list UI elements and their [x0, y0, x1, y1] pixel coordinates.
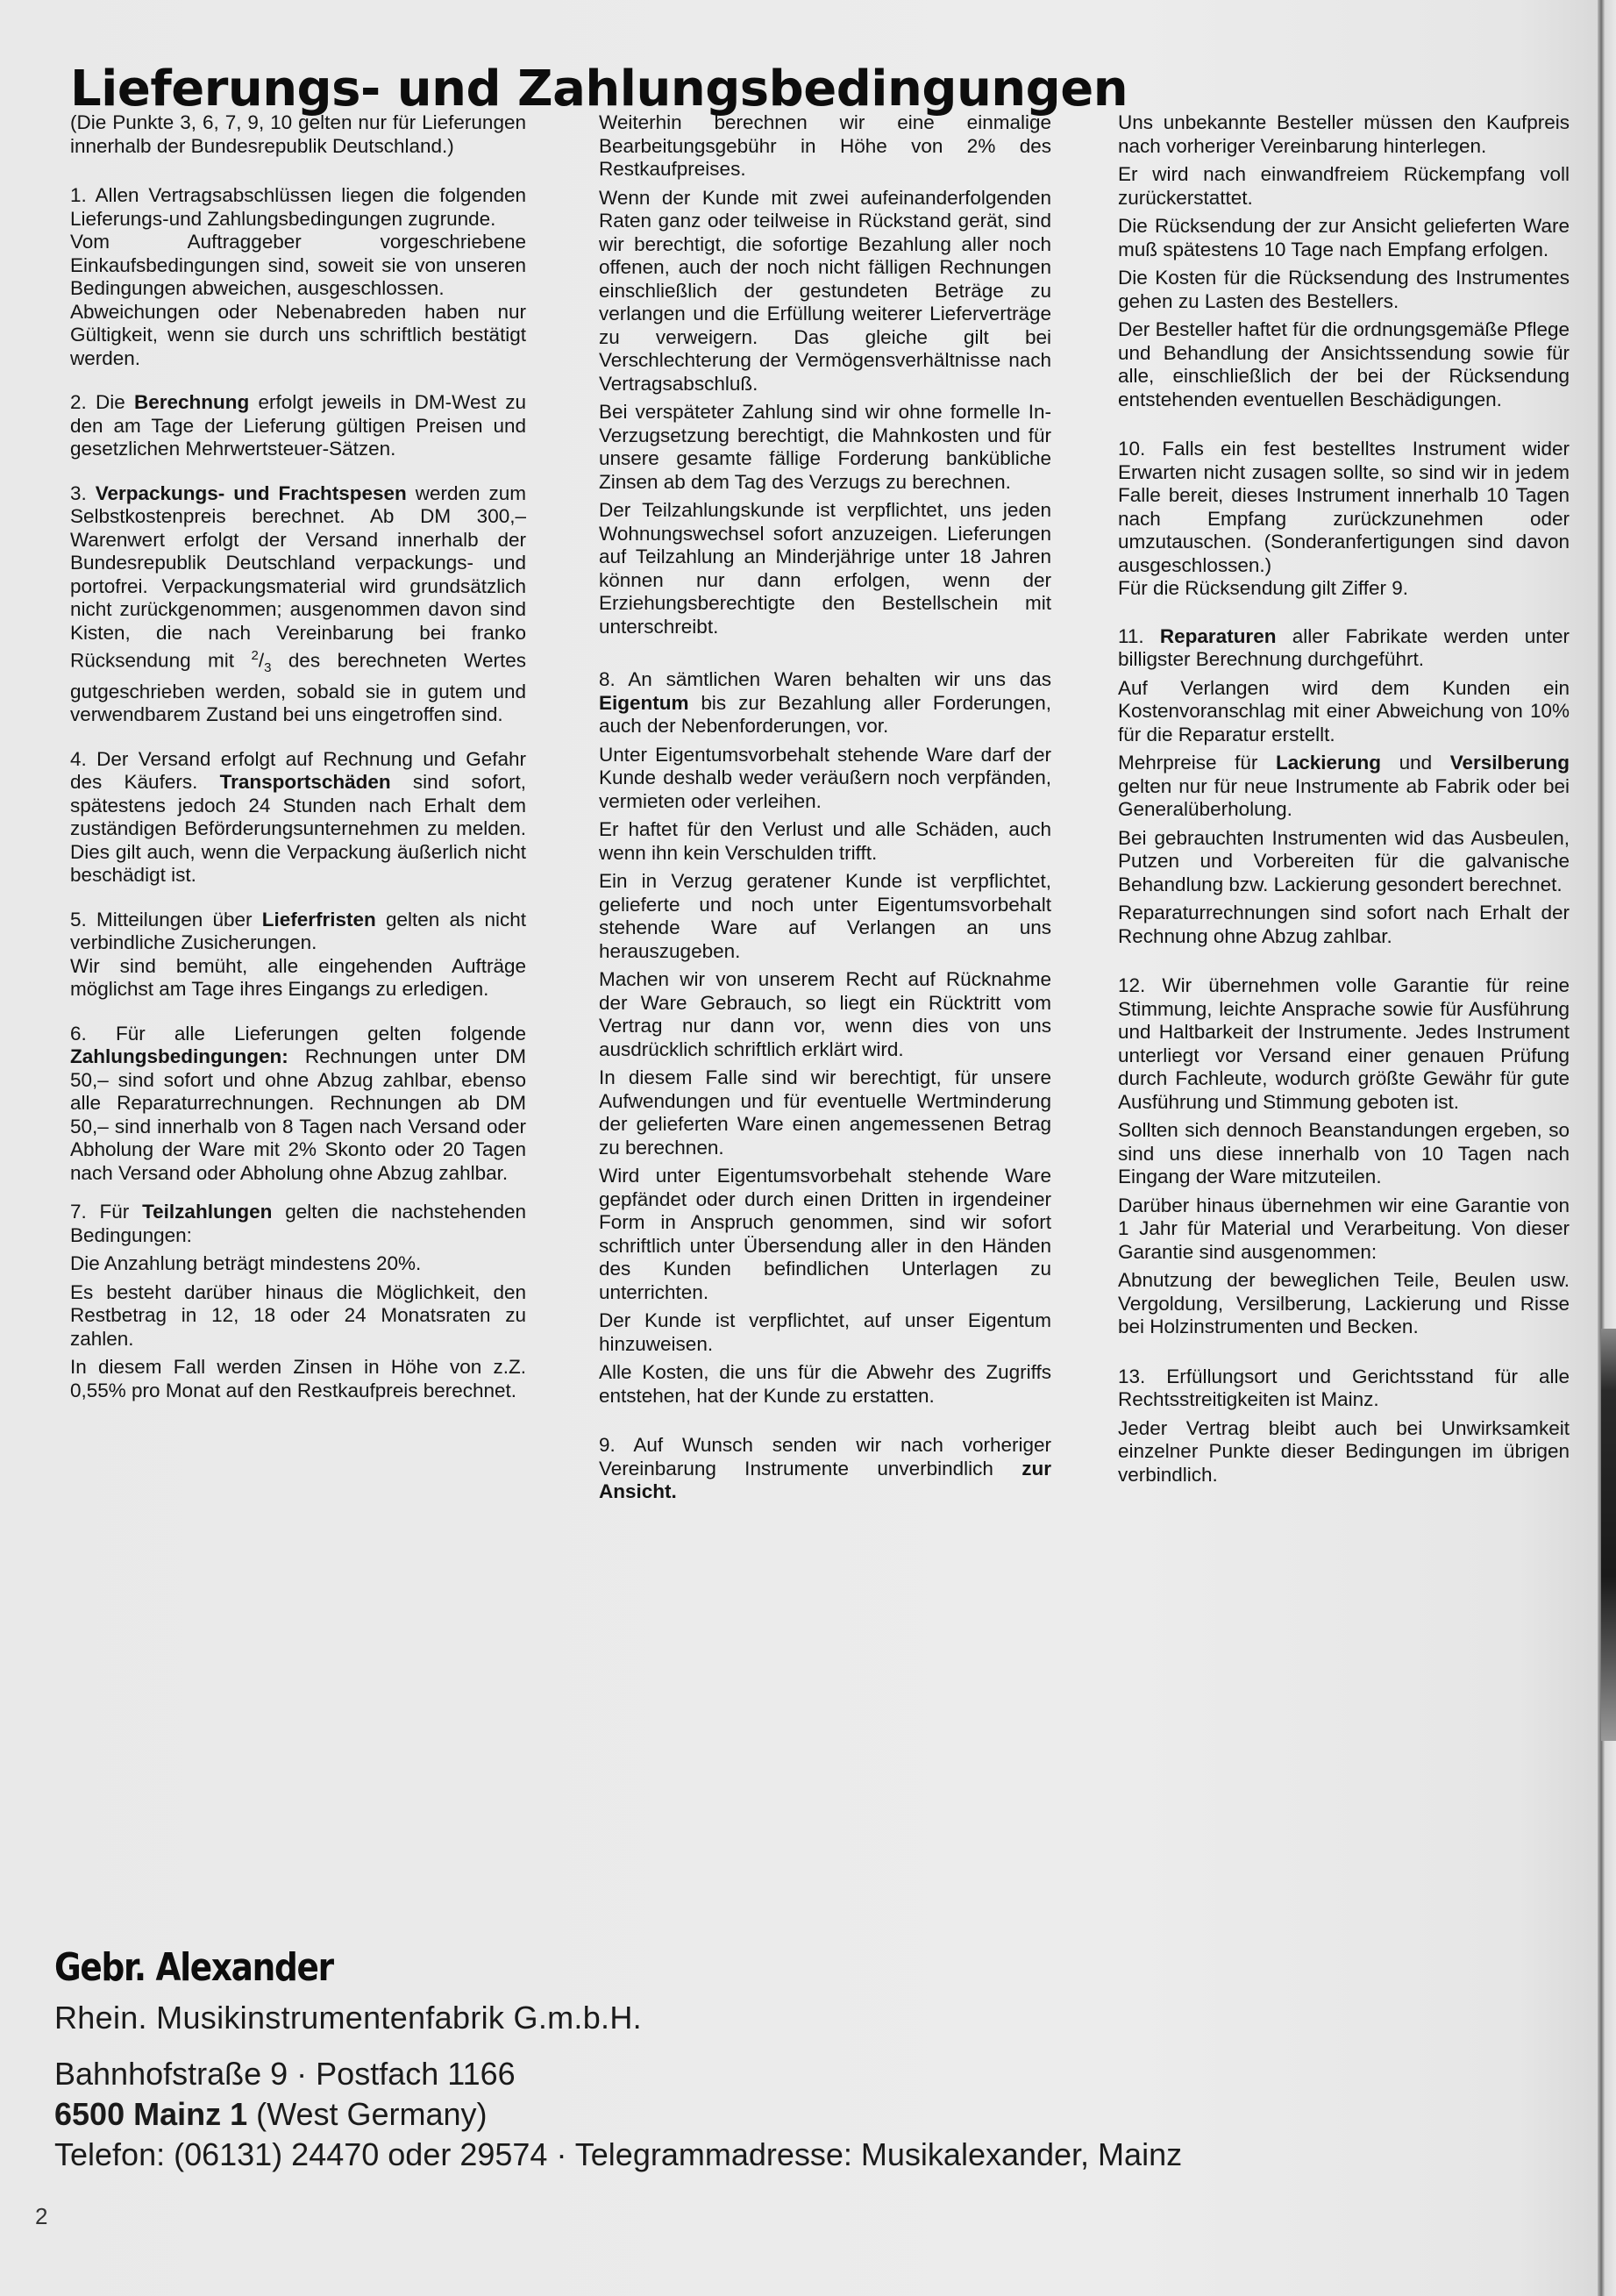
paragraph: Die Kosten für die Rücksendung des Instr… [1118, 267, 1570, 313]
term-reparaturen: Reparaturen [1160, 625, 1277, 647]
paragraph: Bei verspäteter Zahlung sind wir ohne fo… [599, 401, 1051, 494]
page-title: Lieferungs- und Zahlungsbedingungen [70, 65, 1128, 114]
city-address: 6500 Mainz 1 (West Germany) [54, 2096, 1182, 2133]
paragraph: Die Rücksendung der zur Ansicht geliefer… [1118, 215, 1570, 261]
term-lackierung: Lackierung [1276, 752, 1381, 774]
term-zahlungsbedingungen: Zahlungsbedingungen: [70, 1045, 288, 1067]
section-12: 12. Wir übernehmen volle Garantie für re… [1118, 974, 1570, 1339]
section-1: 1. Allen Vertragsabschlüssen liegen die … [70, 184, 526, 370]
catalog-page: Lieferungs- und Zahlungsbedingungen (Die… [0, 0, 1598, 2296]
paragraph: Der Teilzahlungskunde ist verpflichtet, … [599, 499, 1051, 638]
paragraph: Uns unbekannte Besteller müssen den Kauf… [1118, 111, 1570, 158]
adjacent-page-photo [1601, 1329, 1616, 1741]
page-fold-edge [1598, 0, 1616, 2296]
section-3: 3. Verpackungs- und Frachtspesen werden … [70, 482, 526, 727]
contact-line: Telefon: (06131) 24470 oder 29574 · Tele… [54, 2136, 1182, 2173]
term-lieferfristen: Lieferfristen [262, 909, 376, 931]
section-2: 2. Die Berechnung erfolgt jeweils in DM-… [70, 391, 526, 461]
term-teilzahlungen: Teilzahlungen [142, 1201, 272, 1223]
intro-note: (Die Punkte 3, 6, 7, 9, 10 gelten nur fü… [70, 111, 526, 158]
section-8: 8. An sämtlichen Waren behalten wir uns … [599, 668, 1051, 1408]
street-address: Bahnhofstraße 9 · Postfach 1166 [54, 2056, 1182, 2093]
company-name: Rhein. Musikinstrumentenfabrik G.m.b.H. [54, 2000, 1182, 2036]
term-berechnung: Berechnung [134, 391, 249, 413]
section-5: 5. Mitteilungen über Lieferfristen gelte… [70, 909, 526, 1002]
section-9: 9. Auf Wunsch senden wir nach vorheriger… [599, 1434, 1051, 1504]
section-10: 10. Falls ein fest bestelltes Instrument… [1118, 438, 1570, 601]
paragraph: Der Besteller haftet für die ordnungsgem… [1118, 318, 1570, 411]
paragraph: Er wird nach einwandfreiem Rückempfang v… [1118, 163, 1570, 210]
terms-column-1: (Die Punkte 3, 6, 7, 9, 10 gelten nur fü… [70, 111, 526, 1408]
section-4: 4. Der Versand erfolgt auf Rechnung und … [70, 748, 526, 888]
term-versilberung: Versilberung [1450, 752, 1570, 774]
section-6: 6. Für alle Lieferungen gelten folgende … [70, 1023, 526, 1186]
section-7: 7. Für Teilzahlungen gelten die nachsteh… [70, 1201, 526, 1402]
page-number: 2 [35, 2203, 47, 2230]
terms-column-3: Uns unbekannte Besteller müssen den Kauf… [1118, 111, 1570, 1492]
term-frachtspesen: Verpackungs- und Frachtspesen [96, 482, 407, 504]
paragraph: Wenn der Kunde mit zwei aufeinanderfolge… [599, 187, 1051, 396]
section-13: 13. Erfüllungsort und Gerichtsstand für … [1118, 1365, 1570, 1487]
brand-logo: Gebr. Alexander [54, 1949, 1013, 1987]
section-11: 11. Reparaturen aller Fabrikate werden u… [1118, 625, 1570, 949]
term-eigentum: Eigentum [599, 692, 689, 714]
company-imprint: Gebr. Alexander Rhein. Musikinstrumenten… [54, 1949, 1182, 2173]
terms-column-2: Weiterhin berechnen wir eine einmalige B… [599, 111, 1051, 1509]
paragraph: Weiterhin berechnen wir eine einmalige B… [599, 111, 1051, 182]
term-transportschaeden: Transportschäden [220, 771, 391, 793]
